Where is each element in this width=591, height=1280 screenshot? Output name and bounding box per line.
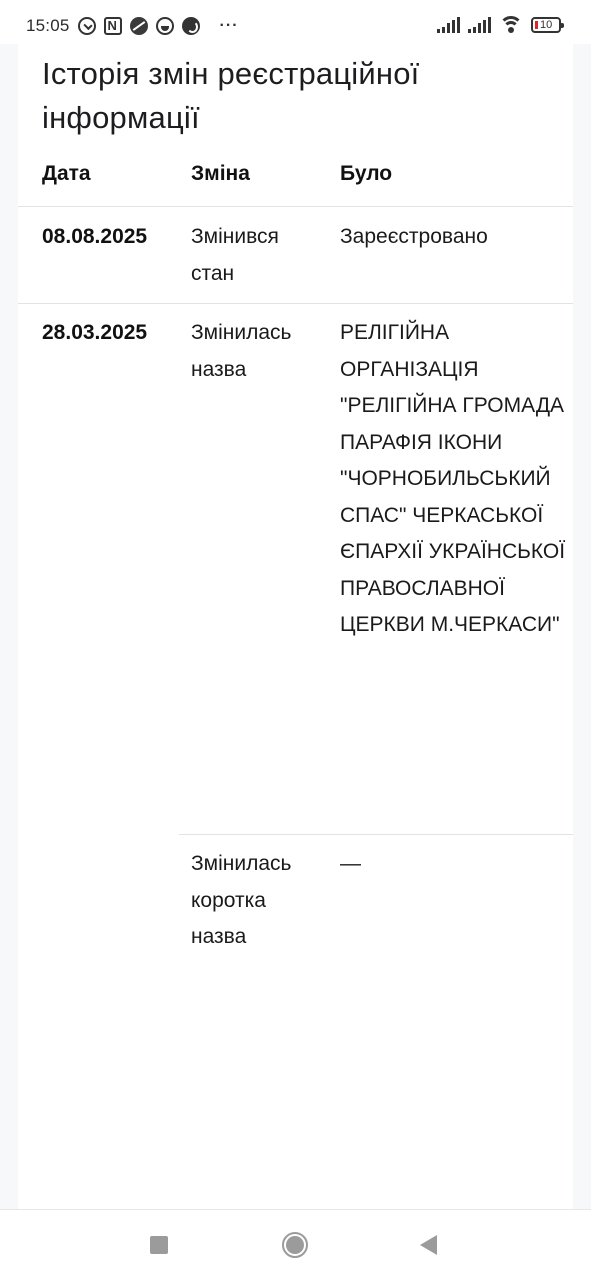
status-time: 15:05 xyxy=(26,16,70,36)
wifi-icon xyxy=(499,16,523,34)
navigation-bar xyxy=(0,1209,591,1280)
laughing-emoji-icon xyxy=(156,17,174,35)
nfc-icon xyxy=(104,17,122,35)
row-was: — xyxy=(340,846,580,883)
header-was: Було xyxy=(340,162,580,186)
header-divider xyxy=(18,206,573,207)
row-was: Зареєстровано xyxy=(340,219,580,256)
row-date: 08.08.2025 xyxy=(42,219,147,256)
more-notifications-icon: ··· xyxy=(220,17,239,35)
back-button[interactable] xyxy=(420,1235,437,1255)
row-divider xyxy=(18,303,573,304)
header-date: Дата xyxy=(42,162,91,186)
row-change: Змінився стан xyxy=(191,219,326,292)
home-button[interactable] xyxy=(282,1232,308,1258)
row-change: Змінилась коротка назва xyxy=(191,846,316,956)
viber-icon xyxy=(182,17,200,35)
battery-level xyxy=(535,21,538,29)
page-title: Історія змін реєстраційної інформації xyxy=(42,52,542,140)
alarm-icon xyxy=(78,17,96,35)
battery-icon: 10 xyxy=(531,17,561,33)
row-was: РЕЛІГІЙНА ОРГАНІЗАЦІЯ "РЕЛІГІЙНА ГРОМАДА… xyxy=(340,315,576,644)
status-right: 10 xyxy=(437,16,561,34)
row-date: 28.03.2025 xyxy=(42,315,147,352)
signal-sim1-icon xyxy=(437,17,460,33)
status-left: 15:05 ··· xyxy=(26,16,239,36)
dark-mode-icon xyxy=(130,17,148,35)
sub-row-divider xyxy=(179,834,573,835)
status-bar: 15:05 ··· 10 xyxy=(0,0,591,44)
row-change: Змінилась назва xyxy=(191,315,326,388)
header-change: Зміна xyxy=(191,162,326,186)
history-card: Історія змін реєстраційної інформації Да… xyxy=(18,44,573,1209)
battery-percent: 10 xyxy=(540,20,552,31)
signal-sim2-icon xyxy=(468,17,491,33)
recent-apps-button[interactable] xyxy=(150,1236,168,1254)
